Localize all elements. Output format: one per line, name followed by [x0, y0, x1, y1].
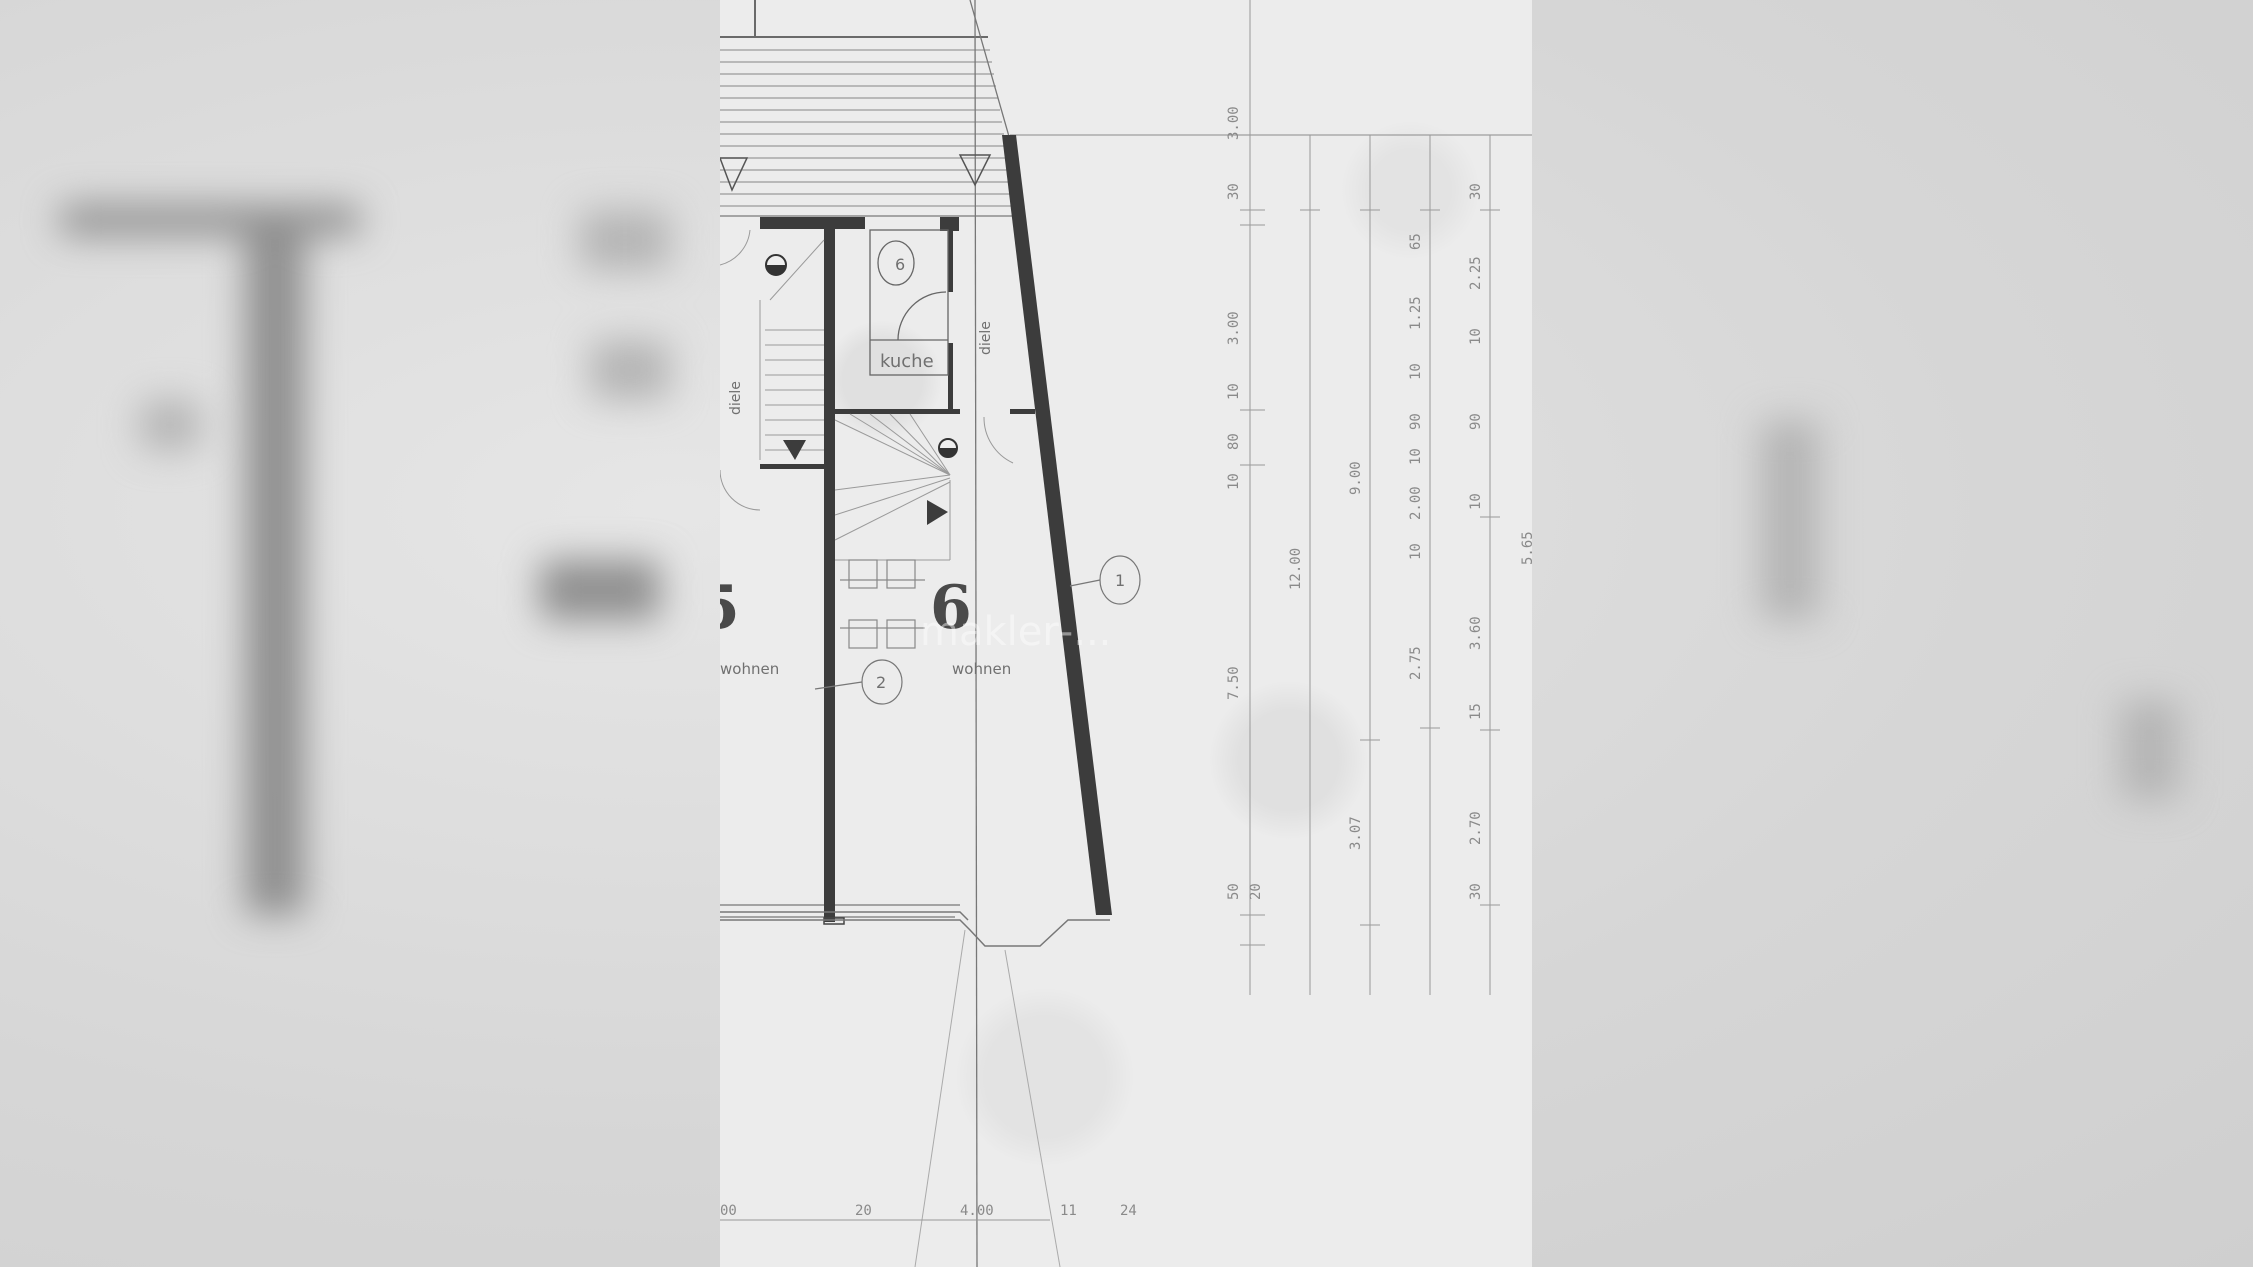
svg-text:3.07: 3.07	[1348, 816, 1364, 850]
level-markers	[720, 155, 990, 190]
svg-text:6: 6	[895, 255, 905, 274]
svg-text:80: 80	[1226, 433, 1242, 450]
svg-text:20: 20	[1248, 883, 1264, 900]
dimension-labels: 3.00 30 3.00 10 80 10 7.50 50 20 12.00 9…	[720, 106, 1532, 1219]
svg-text:10: 10	[1226, 383, 1242, 400]
svg-text:2.00: 2.00	[1408, 486, 1424, 520]
svg-text:12.00: 12.00	[1288, 548, 1304, 590]
svg-text:30: 30	[1468, 183, 1484, 200]
watermark: makler‑...	[920, 609, 1111, 655]
svg-text:15: 15	[1468, 703, 1484, 720]
room-label-hall-left: diele	[728, 381, 744, 415]
floor-plan-image: kuche 6	[720, 0, 1532, 1267]
svg-text:24: 24	[1120, 1203, 1137, 1219]
svg-text:65: 65	[1408, 233, 1424, 250]
room-label-hall-right: diele	[978, 321, 994, 355]
svg-text:3.60: 3.60	[1468, 616, 1484, 650]
svg-text:10: 10	[1226, 473, 1242, 490]
svg-text:30: 30	[1226, 183, 1242, 200]
stair-arrow-right	[927, 500, 948, 525]
svg-text:1.25: 1.25	[1408, 296, 1424, 330]
svg-text:10: 10	[1408, 448, 1424, 465]
svg-text:11: 11	[1060, 1203, 1077, 1219]
room-label-kitchen: kuche	[880, 351, 934, 372]
svg-text:10: 10	[1408, 363, 1424, 380]
walls	[760, 135, 1112, 924]
construction-lines	[720, 0, 1532, 1267]
unit-number-partial: 5	[720, 573, 740, 643]
svg-text:2.25: 2.25	[1468, 256, 1484, 290]
svg-text:10: 10	[1468, 328, 1484, 345]
stair-winding	[835, 414, 950, 560]
svg-text:3.00: 3.00	[1226, 311, 1242, 345]
svg-text:30: 30	[1468, 883, 1484, 900]
dimension-lines	[1240, 0, 1500, 995]
dining-set	[840, 560, 925, 648]
svg-text:2.75: 2.75	[1408, 646, 1424, 680]
svg-text:9.00: 9.00	[1348, 461, 1364, 495]
svg-text:2: 2	[876, 673, 886, 692]
svg-text:10: 10	[1468, 493, 1484, 510]
svg-text:1: 1	[1115, 571, 1125, 590]
svg-text:4.00: 4.00	[960, 1203, 994, 1219]
svg-text:7.50: 7.50	[1226, 666, 1242, 700]
svg-text:3.00: 3.00	[1226, 106, 1242, 140]
svg-text:00: 00	[720, 1203, 737, 1219]
svg-text:20: 20	[855, 1203, 872, 1219]
hatched-band	[720, 0, 1018, 216]
svg-text:5.65: 5.65	[1520, 531, 1532, 565]
svg-text:50: 50	[1226, 883, 1242, 900]
floor-plan-drawing: kuche 6	[720, 0, 1532, 1267]
svg-text:2.70: 2.70	[1468, 811, 1484, 845]
room-label-living-left: wohnen	[720, 660, 779, 678]
svg-text:90: 90	[1468, 413, 1484, 430]
room-label-living-right: wohnen	[952, 660, 1011, 678]
svg-text:10: 10	[1408, 543, 1424, 560]
svg-text:90: 90	[1408, 413, 1424, 430]
